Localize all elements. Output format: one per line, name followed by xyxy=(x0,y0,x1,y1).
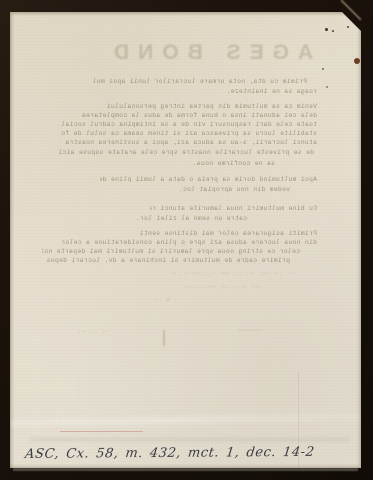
paper-crease-shadow xyxy=(30,438,350,441)
bleedthrough-line: x .– xyxy=(133,296,170,304)
bleedthrough-line: Primiti asigurarea celor mai distinse se… xyxy=(140,230,317,238)
bleedthrough-line: atunci lucrarii, s-au sa aduca azi, apoi… xyxy=(60,139,317,147)
faint-red-line xyxy=(60,431,143,432)
paper-speck xyxy=(354,58,360,64)
bleedthrough-line: Primim cu dta, nota urmare lucrarilor lu… xyxy=(93,78,307,86)
paper-bottom-shadow xyxy=(13,468,358,471)
bleedthrough-line: dela cei adunati insa o buna forma de ad… xyxy=(81,112,317,120)
scan-stage: AGES BOND Primim cu dta, nota urmare luc… xyxy=(0,0,373,480)
bleedthrough-line: catre un semn al zilei lor. xyxy=(100,215,247,223)
paper-speck xyxy=(332,30,334,32)
bleedthrough-line: Cu bine multumiri noua lamurite atunci r… xyxy=(150,205,317,213)
bleedthrough-line: sa ne confirme noua. xyxy=(180,160,275,168)
bleedthrough-line: vedem din nou apropiat loc. xyxy=(180,186,290,194)
bleedthrough-line: —————— xyxy=(203,327,262,335)
bleedthrough-line: Venim ca sa multumim din partea intreg p… xyxy=(107,103,317,111)
bleedthrough-line: — .- –. xyxy=(42,328,106,336)
bleedthrough-line: Apoi multumind dorim sa preia o data a l… xyxy=(100,176,317,184)
paper-crease-highlight xyxy=(10,414,361,426)
paper-speck xyxy=(347,26,349,28)
bleedthrough-line: din noua lucrare adusa azi spre o plina … xyxy=(58,239,317,247)
bleedthrough-line: -- .— -—. —- .- —— -. .—— -. — xyxy=(45,270,295,278)
bleedthrough-line: .—- —.- .— -— .. —. xyxy=(45,283,262,291)
paper-speck xyxy=(325,28,328,31)
paper-speck xyxy=(322,68,324,70)
letterhead-bleedthrough-watermark: AGES BOND xyxy=(90,38,328,68)
bleedthrough-line: toate cele dari raspunsuri vin de a se i… xyxy=(60,121,317,129)
paper-speck xyxy=(326,86,328,88)
paper-crease-vertical-small xyxy=(163,330,165,346)
bleedthrough-line: roaga sa ne inainteze. xyxy=(222,88,317,96)
bleedthrough-line: de se priveste lucrarile noastre spre ce… xyxy=(58,149,314,157)
paper-sheet: AGES BOND Primim cu dta, nota urmare luc… xyxy=(10,12,361,468)
bleedthrough-line: primire cadre de multumire si inchinare … xyxy=(46,257,290,265)
archival-annotation-handwriting: ASC, Cx. 58, m. 432, mct. 1, dec. 14-2 xyxy=(24,443,277,467)
bleedthrough-line: stabilite lucru sa priveasca azi si tine… xyxy=(60,130,317,138)
bleedthrough-line: celor ce string noua spre lamuriri si mu… xyxy=(42,248,300,256)
